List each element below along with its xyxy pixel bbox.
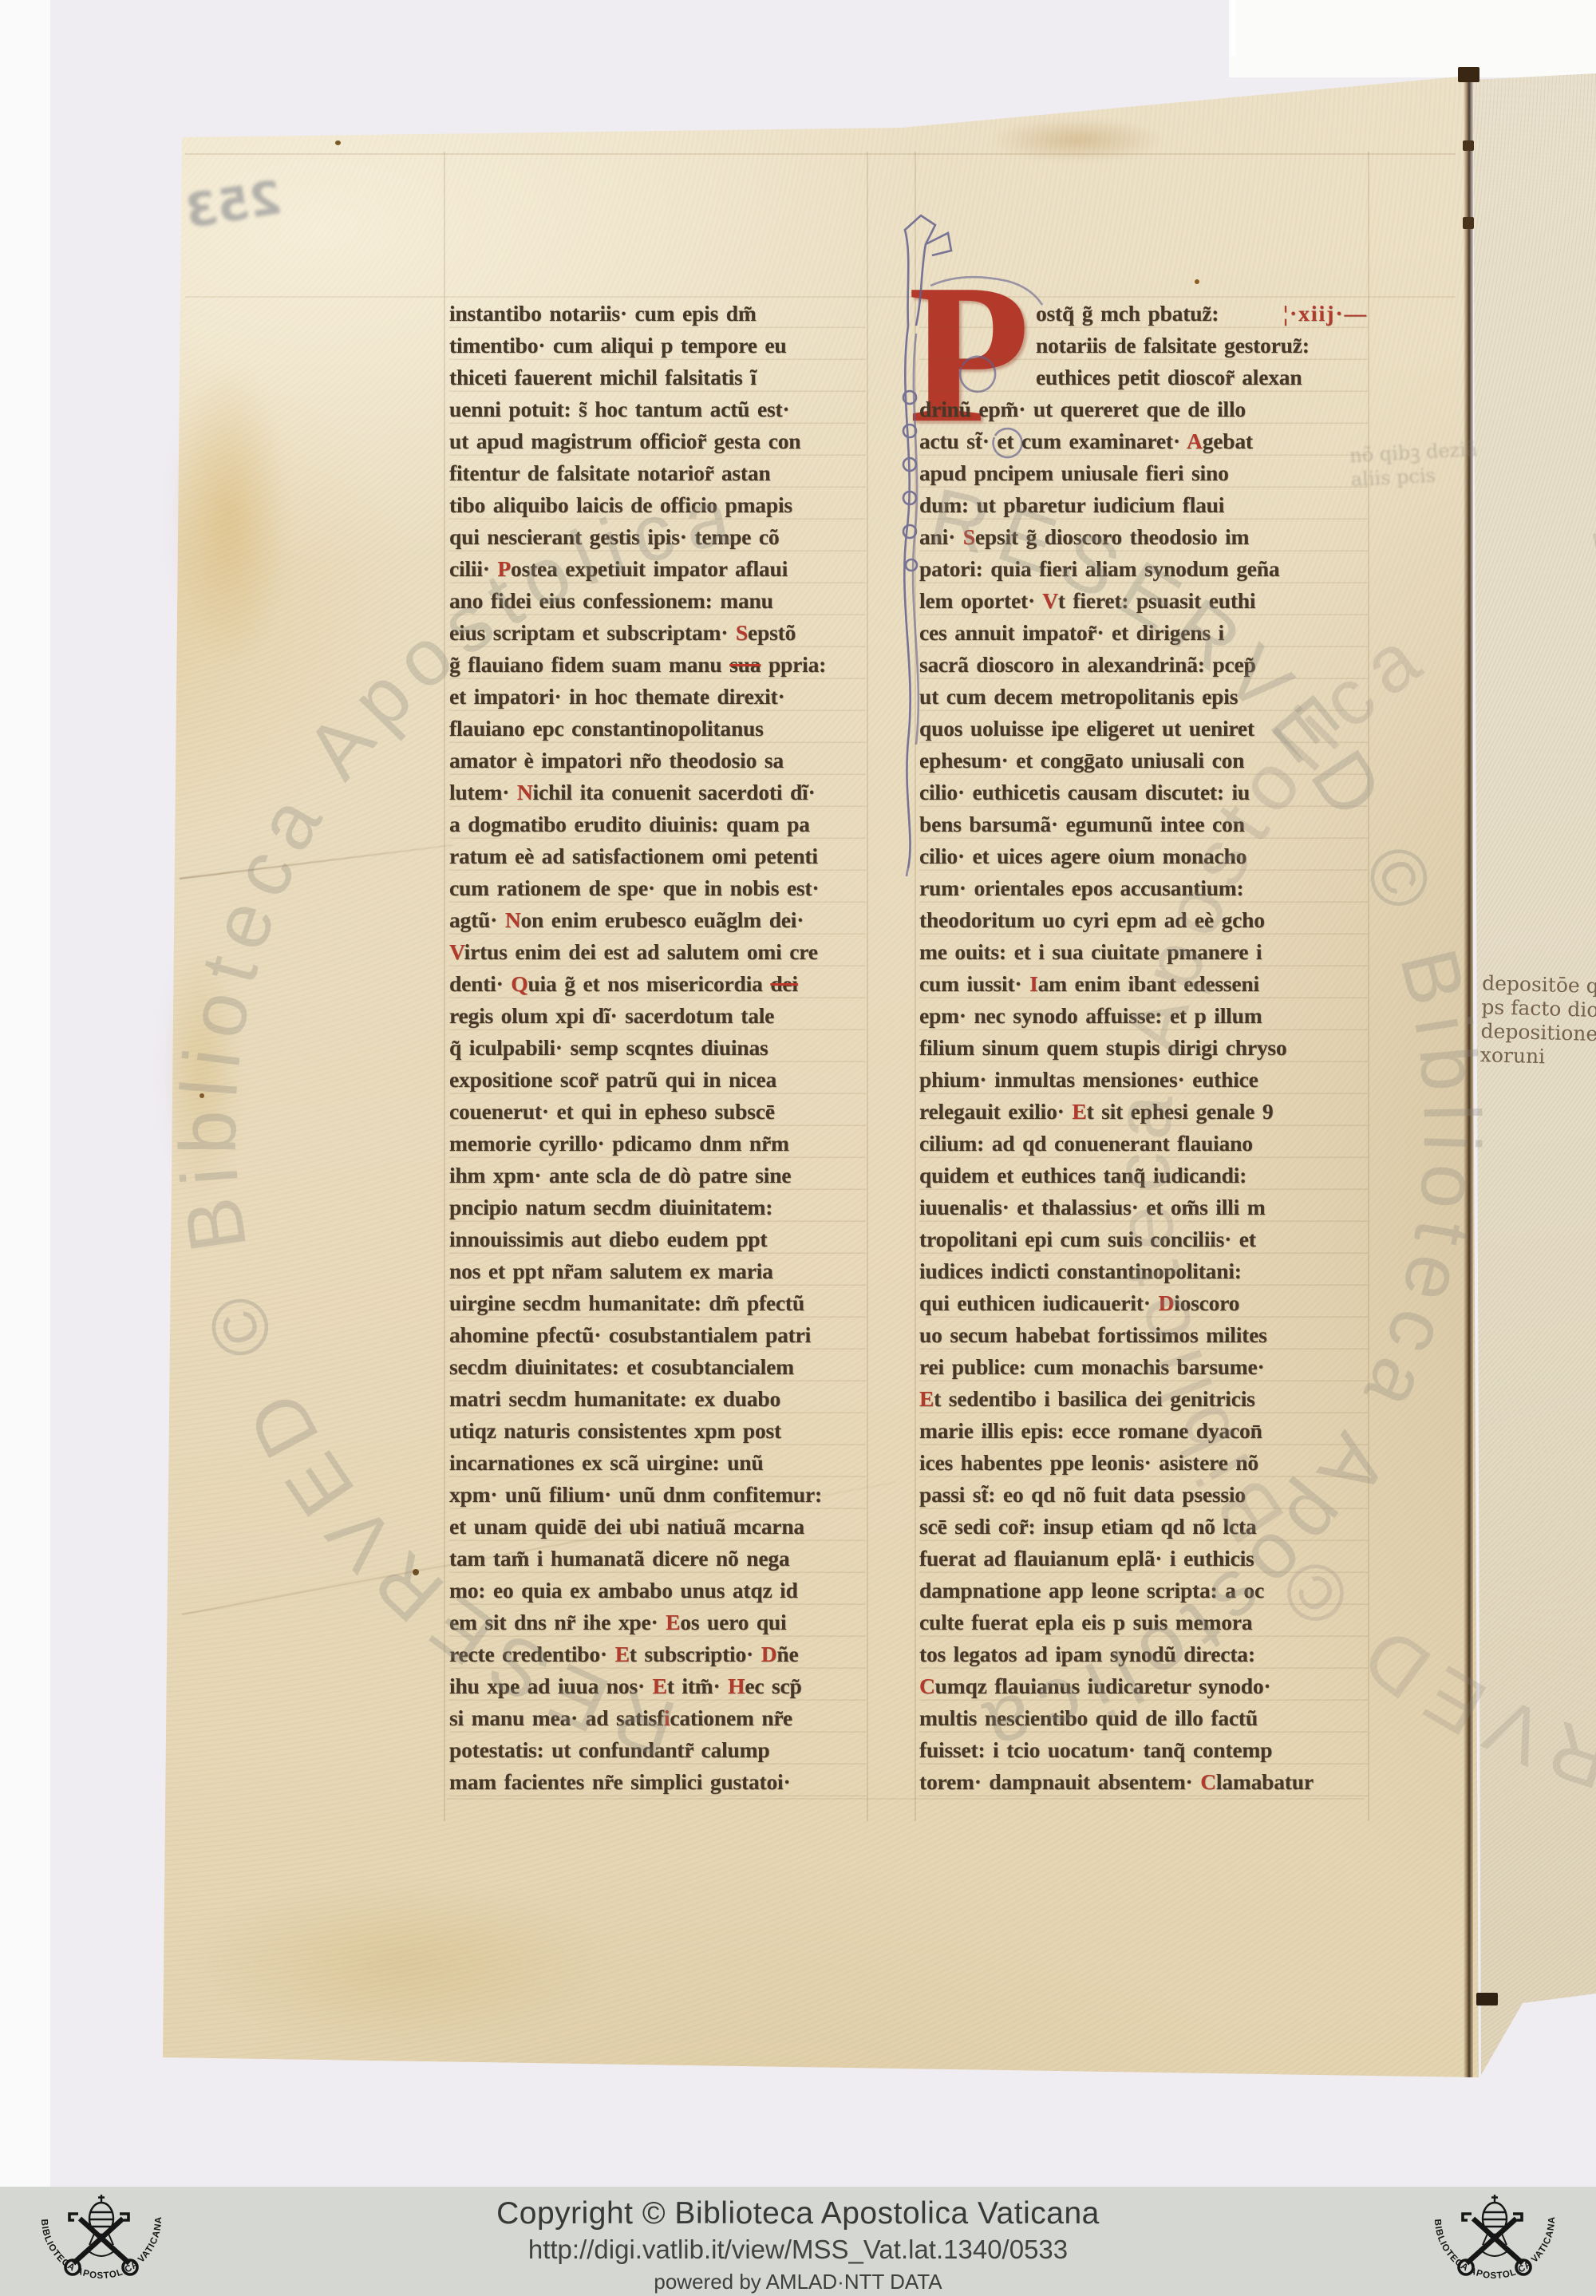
ruling-line-vertical [444, 152, 445, 1821]
text-line: drinũ epm̃· ut quereret que de illo [919, 393, 1368, 425]
text-line: Et sedentibo i basilica dei genitricis [919, 1383, 1368, 1415]
text-line: uo secum habebat fortissimos milites [919, 1319, 1368, 1351]
text-line: quos uoluisse ipe eligeret ut ueniret [919, 713, 1368, 745]
text-line: lem oportet· Vt fieret: psuasit euthi [919, 585, 1368, 617]
text-line: recte credentibo· Et subscriptio· Dñe [449, 1638, 866, 1670]
parchment-speck [199, 1093, 204, 1098]
manuscript-scan-view: { "scan": { "folio_number_showthrough": … [0, 0, 1596, 2296]
text-line: mam facientes nr̃e simplici gustatoi· [449, 1766, 866, 1798]
source-url-text: http://digi.vatlib.it/view/MSS_Vat.lat.1… [0, 2235, 1596, 2265]
text-line: xpm· unũ filium· unũ dnm confitemur: [449, 1479, 866, 1511]
vatican-coat-of-arms-icon: BIBLIOTECA APOSTOLICA VATICANA [1424, 2190, 1566, 2295]
binding-stitch [1463, 217, 1474, 229]
text-line: denti· Quia g̃ et nos misericordia dei [449, 968, 866, 1000]
text-line: a dogmatibo erudito diuinis: quam pa [449, 808, 866, 840]
binding-stitch [1476, 1993, 1498, 2006]
text-line: fuerat ad flauianum eplã· i euthicis [919, 1543, 1368, 1575]
text-column-right: ostq̃ g̃ mch pbatuz̃:¦·xiij·—notariis de… [919, 298, 1368, 1798]
text-line: ratum eè ad satisfactionem omi petenti [449, 840, 866, 872]
binding-gutter [1464, 75, 1473, 2077]
text-line: euthices petit dioscor̃ alexan [919, 362, 1368, 393]
text-line: ani· Sepsit g̃ dioscoro theodosio im [919, 521, 1368, 553]
showthrough-marginalia: nõ qibꝫ deziãaliis pcis [1349, 437, 1479, 492]
text-line: ostq̃ g̃ mch pbatuz̃:¦·xiij·— [919, 298, 1368, 330]
text-line: uenni potuit: s̃ hoc tantum actũ est· [449, 393, 866, 425]
text-line: bens barsumã· egumunũ intee con [919, 808, 1368, 840]
text-line: Virtus enim dei est ad salutem omi cre [449, 936, 866, 968]
text-line: ahomine pfectũ· cosubstantialem patri [449, 1319, 866, 1351]
text-line: theodoritum uo cyri epm ad eè gcho [919, 904, 1368, 936]
text-column-left: instantibo notariis· cum epis dm̃timenti… [449, 298, 866, 1798]
text-line: fuisset: i tcio uocatum· tanq̃ contemp [919, 1734, 1368, 1766]
text-line: mo: eo quia ex ambabo unus atqz id [449, 1575, 866, 1606]
margin-note-line: xoruni [1479, 1043, 1596, 1072]
text-line: flauiano epc constantinopolitanus [449, 713, 866, 745]
text-line: g̃ flauiano fidem suam manu sua ppria: [449, 649, 866, 681]
ruling-line-vertical [867, 152, 868, 1821]
text-line: cum iussit· Iam enim ibant edesseni [919, 968, 1368, 1000]
text-line: ephesum· et congḡato uniusali con [919, 745, 1368, 777]
text-line: memorie cyrillo· pdicamo dnm nr̃m [449, 1128, 866, 1160]
copyright-text: Copyright © Biblioteca Apostolica Vatica… [0, 2196, 1596, 2231]
text-line: tam tam̃ i humanatã dicere nõ nega [449, 1543, 866, 1575]
ruling-line-horizontal [185, 153, 1456, 155]
text-line: tibo aliquibo laicis de officio pmapis [449, 489, 866, 521]
text-line: amator è impatori nr̃o theodosio sa [449, 745, 866, 777]
footer-bar: Copyright © Biblioteca Apostolica Vatica… [0, 2187, 1596, 2296]
text-line: timentibo· cum aliqui p tempore eu [449, 330, 866, 362]
text-line: lutem· Nichil ita conuenit sacerdoti dĩ· [449, 777, 866, 808]
margin-note: depositōe quia p̃ps facto dioscr̃deposit… [1479, 971, 1596, 1072]
text-line: passi st̃: eo qd nõ fuit data psessio [919, 1479, 1368, 1511]
text-line: rum· orientales epos accusantium: [919, 872, 1368, 904]
text-line: incarnationes ex scã uirgine: unũ [449, 1447, 866, 1479]
text-line: pncipio natum secdm diuinitatem: [449, 1191, 866, 1223]
text-line: relegauit exilio· Et sit ephesi genale 9 [919, 1096, 1368, 1128]
text-line: si manu mea· ad satisficationem nr̃e [449, 1702, 866, 1734]
text-line: q̃ iculpabili· semp scqntes diuinas [449, 1032, 866, 1064]
text-line: eius scriptam et subscriptam· Sepstõ [449, 617, 866, 649]
text-line: et unam quidē dei ubi natiuã mcarna [449, 1511, 866, 1543]
text-line: me ouits: et i sua ciuitate pmanere i [919, 936, 1368, 968]
text-line: agtũ· Non enim erubesco euãglm dei· [449, 904, 866, 936]
text-line: tropolitani epi cum suis conciliis· et [919, 1223, 1368, 1255]
powered-by-text: powered by AMLAD·NTT DATA [0, 2270, 1596, 2294]
text-line: apud pncipem uniusale fieri sino [919, 457, 1368, 489]
text-line: et impatori· in hoc themate direxit· [449, 681, 866, 713]
text-line: cum rationem de spe· que in nobis est· [449, 872, 866, 904]
text-line: regis olum xpi dĩ· sacerdotum tale [449, 1000, 866, 1032]
text-line: multis nescientibo quid de illo factũ [919, 1702, 1368, 1734]
text-line: matri secdm humanitate: ex duabo [449, 1383, 866, 1415]
text-line: ces annuit impator̃· et dirigens i [919, 617, 1368, 649]
text-line: quidem et euthices tanq̃ iudicandi: [919, 1160, 1368, 1191]
ruling-line-vertical [1368, 152, 1369, 1821]
binding-stitch [1463, 140, 1474, 151]
text-line: patori: quia fieri aliam synodum geña [919, 553, 1368, 585]
text-line: instantibo notariis· cum epis dm̃ [449, 298, 866, 330]
text-line: potestatis: ut confundantr̃ calump [449, 1734, 866, 1766]
text-line: iudices indicti constantinopolitani: [919, 1255, 1368, 1287]
text-line: ut cum decem metropolitanis epis [919, 681, 1368, 713]
parchment-speck [1195, 279, 1199, 284]
text-line: sacrã dioscoro in alexandrinã: pcep̃ [919, 649, 1368, 681]
text-line: epm· nec synodo affuisse: et p illum [919, 1000, 1368, 1032]
text-line: utiqz naturis consistentes xpm post [449, 1415, 866, 1447]
text-line: scē sedi cor̃: insup etiam qd nõ lcta [919, 1511, 1368, 1543]
binding-stitch [1458, 67, 1479, 82]
parchment-speck [335, 140, 341, 145]
text-line: filium sinum quem stupis dirigi chryso [919, 1032, 1368, 1064]
text-line: ihu xpe ad iuua nos· Et itm̃· Hec scp̃ [449, 1670, 866, 1702]
vatican-coat-of-arms-icon: BIBLIOTECA APOSTOLICA VATICANA [30, 2190, 172, 2295]
text-line: Cumqz flauianus iudicaretur synodo· [919, 1670, 1368, 1702]
text-line: uirgine secdm humanitate: dm̃ pfectũ [449, 1287, 866, 1319]
text-line: actu st̃· et cum examinaret· Agebat [919, 425, 1368, 457]
text-line: cilii· Postea expetiuit impator aflaui [449, 553, 866, 585]
text-line: nos et ppt nr̃am salutem ex maria [449, 1255, 866, 1287]
text-line: rei publice: cum monachis barsume· [919, 1351, 1368, 1383]
text-line: dum: ut pbaretur iudicium flaui [919, 489, 1368, 521]
scan-bed-left-strip [0, 0, 50, 2187]
text-line: thiceti fauerent michil falsitatis ĩ [449, 362, 866, 393]
text-line: innouissimis aut diebo eudem ppt [449, 1223, 866, 1255]
text-line: culte fuerat epla eis p suis memora [919, 1606, 1368, 1638]
text-line: tos legatos ad ipam synodũ directa: [919, 1638, 1368, 1670]
text-line: expositione scor̃ patrũ qui in nicea [449, 1064, 866, 1096]
text-line: ut apud magistrum officior̃ gesta con [449, 425, 866, 457]
scan-bed-top-line [1231, 0, 1236, 56]
text-line: couenerut· et qui in epheso subscē [449, 1096, 866, 1128]
text-line: qui nescierant gestis ipis· tempe cõ [449, 521, 866, 553]
text-line: dampnatione app leone scripta: a oc [919, 1575, 1368, 1606]
text-line: torem· dampnauit absentem· Clamabatur [919, 1766, 1368, 1798]
text-line: secdm diuinitates: et cosubtancialem [449, 1351, 866, 1383]
text-line: ano fidei eius confessionem: manu [449, 585, 866, 617]
ruling-line-horizontal [447, 1798, 1365, 1800]
text-line: em sit dns nr̃ ihe xpe· Eos uero qui [449, 1606, 866, 1638]
text-line: iuuenalis· et thalassius· et om̃s illi m [919, 1191, 1368, 1223]
text-line: notariis de falsitate gestoruz̃: [919, 330, 1368, 362]
text-line: cilium: ad qd conuenerant flauiano [919, 1128, 1368, 1160]
text-line: cilio· et uices agere oium monacho [919, 840, 1368, 872]
text-line: phium· inmultas mensiones· euthice [919, 1064, 1368, 1096]
text-line: ices habentes ppe leonis· asistere nõ [919, 1447, 1368, 1479]
text-line: cilio· euthicetis causam discutet: iu [919, 777, 1368, 808]
chapter-number-rubric: ¦·xiij·— [1283, 298, 1368, 330]
text-line: marie illis epis: ecce romane dyacon̄ [919, 1415, 1368, 1447]
scan-bed-top-right [1229, 0, 1596, 77]
text-line: fitentur de falsitate notarior̃ astan [449, 457, 866, 489]
text-line: qui euthicen iudicauerit· Dioscoro [919, 1287, 1368, 1319]
text-line: ihm xpm· ante scla de dò patre sine [449, 1160, 866, 1191]
